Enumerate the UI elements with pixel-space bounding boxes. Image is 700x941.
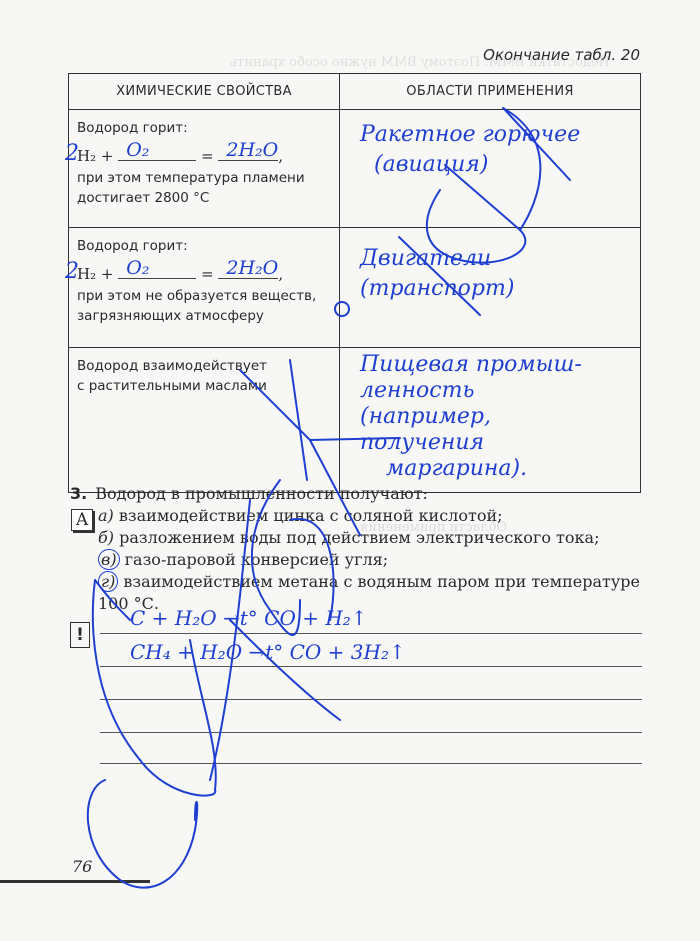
handwritten-coefficient: 2: [65, 144, 79, 164]
properties-table: ХИМИЧЕСКИЕ СВОЙСТВА ОБЛАСТИ ПРИМЕНЕНИЯ В…: [68, 73, 641, 493]
fill-blank-product[interactable]: 2H₂O: [218, 262, 278, 279]
option-text: газо-паровой конверсией угля;: [125, 550, 388, 569]
equation-start: H₂ +: [77, 147, 113, 165]
handwritten-application: Ракетное горючее: [360, 120, 620, 150]
option-text: разложением воды под действием электриче…: [119, 528, 599, 547]
table-caption: Окончание табл. 20: [483, 46, 640, 64]
handwritten-coefficient: 2: [65, 262, 79, 282]
answer-line[interactable]: [100, 732, 642, 733]
equation-start: H₂ +: [77, 265, 113, 283]
equals-sign: =: [201, 147, 214, 165]
application-cell[interactable]: Ракетное горючее (авиация): [340, 110, 641, 228]
handwritten-product: 2H₂O: [226, 140, 278, 160]
handwritten-reactant: O₂: [126, 258, 149, 278]
attention-exclamation-icon: !: [70, 622, 90, 648]
option-letter: б): [98, 528, 114, 547]
property-note: достигает 2800 °С: [77, 188, 331, 208]
fill-blank-reactant[interactable]: O₂: [118, 262, 196, 279]
task-number: 3.: [70, 484, 87, 503]
handwritten-application: (авиация): [374, 150, 620, 180]
option-g-selected[interactable]: г) взаимодействием метана с водяным паро…: [98, 571, 670, 593]
option-a[interactable]: а) взаимодействием цинка с соляной кисло…: [98, 505, 670, 527]
handwritten-equation: C + H₂O →t° CO + H₂↑: [130, 606, 368, 630]
task-3: 3.Водород в промышленности получают: а) …: [70, 483, 670, 615]
equals-sign: =: [201, 265, 214, 283]
handwritten-reactant: O₂: [126, 140, 149, 160]
answer-line[interactable]: [100, 666, 642, 667]
reaction-equation: 2 H₂ + O₂ = 2H₂O,: [77, 144, 331, 166]
table-header-row: ХИМИЧЕСКИЕ СВОЙСТВА ОБЛАСТИ ПРИМЕНЕНИЯ: [69, 74, 641, 110]
table-row: Водород горит: 2 H₂ + O₂ = 2H₂O, при это…: [69, 110, 641, 228]
table-row: Водород горит: 2 H₂ + O₂ = 2H₂O, при это…: [69, 228, 641, 348]
property-cell: Водород взаимодействует с растительными …: [69, 348, 340, 493]
task-title-line: 3.Водород в промышленности получают:: [70, 483, 670, 505]
level-a-badge-icon: А: [71, 509, 93, 531]
property-cell: Водород горит: 2 H₂ + O₂ = 2H₂O, при это…: [69, 110, 340, 228]
handwritten-application: ленность: [360, 378, 620, 404]
table-row: Водород взаимодействует с растительными …: [69, 348, 641, 493]
answer-line[interactable]: [100, 633, 642, 634]
handwritten-application: (например, получения: [360, 404, 620, 456]
comma: ,: [278, 265, 283, 283]
handwritten-application: (транспорт): [360, 274, 620, 304]
option-text: взаимодействием метана с водяным паром п…: [123, 572, 640, 591]
option-v-selected[interactable]: в) газо-паровой конверсией угля;: [98, 549, 670, 571]
application-cell[interactable]: Двигатели (транспорт): [340, 228, 641, 348]
header-chemical-properties: ХИМИЧЕСКИЕ СВОЙСТВА: [69, 74, 340, 110]
task-title: Водород в промышленности получают:: [95, 484, 428, 503]
reaction-equation: 2 H₂ + O₂ = 2H₂O,: [77, 262, 331, 284]
option-letter: а): [98, 506, 114, 525]
application-cell[interactable]: Пищевая промыш- ленность (например, полу…: [340, 348, 641, 493]
fill-blank-product[interactable]: 2H₂O: [218, 144, 278, 161]
property-note: с растительными маслами: [77, 376, 331, 396]
property-title: Водород горит:: [77, 236, 331, 256]
option-letter: в): [98, 549, 120, 570]
handwritten-application: Двигатели: [360, 244, 620, 274]
page-footer-rule: [0, 880, 150, 883]
handwritten-application: маргарина).: [386, 456, 620, 482]
handwritten-product: 2H₂O: [226, 258, 278, 278]
handwritten-application: Пищевая промыш-: [360, 352, 620, 378]
option-text: взаимодействием цинка с соляной кислотой…: [119, 506, 503, 525]
property-cell: Водород горит: 2 H₂ + O₂ = 2H₂O, при это…: [69, 228, 340, 348]
fill-blank-reactant[interactable]: O₂: [118, 144, 196, 161]
property-title: Водород взаимодействует: [77, 356, 331, 376]
property-note: при этом температура пламени: [77, 168, 331, 188]
option-b[interactable]: б) разложением воды под действием электр…: [98, 527, 670, 549]
property-title: Водород горит:: [77, 118, 331, 138]
property-note: загрязняющих атмосферу: [77, 306, 331, 326]
comma: ,: [278, 147, 283, 165]
option-letter: г): [98, 571, 118, 592]
page-number: 76: [72, 857, 92, 876]
answer-line[interactable]: [100, 699, 642, 700]
header-applications: ОБЛАСТИ ПРИМЕНЕНИЯ: [340, 74, 641, 110]
property-note: при этом не образуется веществ,: [77, 286, 331, 306]
handwritten-equation: CH₄ + H₂O →t° CO + 3H₂↑: [130, 640, 406, 664]
answer-line[interactable]: [100, 763, 642, 764]
